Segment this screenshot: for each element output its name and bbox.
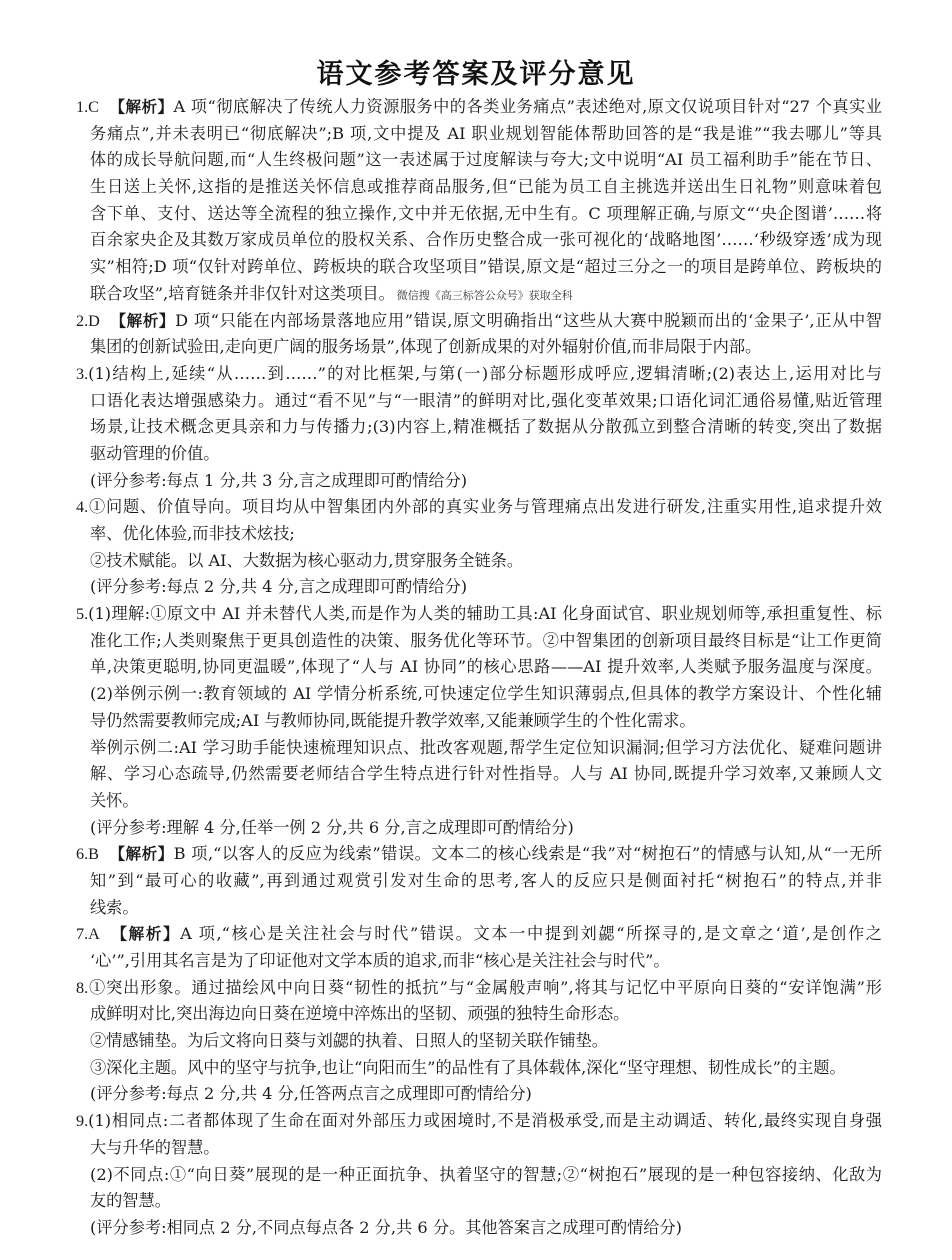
answer-line: 2.D【解析】D 项“只能在内部场景落地应用”错误,原文明确指出“这些从大赛中脱…	[76, 308, 882, 335]
answer-item-4: 4.①问题、价值导向。项目均从中智集团内外部的真实业务与管理痛点出发进行研发,注…	[76, 494, 882, 601]
scoring-note: (评分参考:理解 4 分,任举一例 2 分,共 6 分,言之成理即可酌情给分)	[76, 815, 882, 842]
answer-line: 3.(1)结构上,延续“从……到……”的对比框架,与第(一)部分标题形成呼应,逻…	[76, 361, 882, 388]
answer-text: ①问题、价值导向。项目均从中智集团内外部的真实业务与管理痛点出发进行研发,注重实…	[88, 497, 882, 516]
answer-item-9: 9.(1)相同点:二者都体现了生命在面对外部压力或困境时,不是消极承受,而是主动…	[76, 1108, 882, 1241]
analysis-tag: 【解析】	[110, 312, 175, 330]
answer-number: 5.	[76, 605, 88, 623]
answer-number: 2.D	[76, 312, 100, 330]
answer-line: 含下单、支付、送达等全流程的独立操作,文中并无依据,无中生有。C 项理解正确,与…	[76, 201, 882, 228]
answer-line: ②情感铺垫。为后文将向日葵与刘勰的执着、日照人的坚韧关联作铺垫。	[76, 1028, 882, 1055]
answer-item-8: 8.①突出形象。通过描绘风中向日葵“韧性的抵抗”与“金属般声响”,将其与记忆中平…	[76, 975, 882, 1108]
answer-line: 联合攻坚”,培育链条并非仅针对这类项目。微信搜《高三标答公众号》获取全科	[76, 281, 882, 308]
watermark-text: 微信搜《高三标答公众号》获取全科	[397, 289, 573, 302]
answer-number: 3.	[76, 365, 88, 383]
answer-line: 知”到“最可心的收藏”,再到通过观赏引发对生命的思考,客人的反应只是侧面衬托“树…	[76, 868, 882, 895]
answer-line: ②技术赋能。以 AI、大数据为核心驱动力,贯穿服务全链条。	[76, 548, 882, 575]
answer-line: 驱动管理的价值。	[76, 441, 882, 468]
answer-item-2: 2.D【解析】D 项“只能在内部场景落地应用”错误,原文明确指出“这些从大赛中脱…	[76, 308, 882, 361]
answer-text: ①突出形象。通过描绘风中向日葵“韧性的抵抗”与“金属般声响”,将其与记忆中平原向…	[88, 978, 882, 997]
answer-line: 集团的创新试验田,走向更广阔的服务场景”,体现了创新成果的对外辐射价值,而非局限…	[76, 334, 882, 361]
analysis-tag: 【解析】	[110, 925, 180, 943]
answer-line: 6.B【解析】B 项,“以客人的反应为线索”错误。文本二的核心线索是“我”对“树…	[76, 841, 882, 868]
answer-line: 单,决策更聪明,协同更温暖”,体现了“人与 AI 协同”的核心思路——AI 提升…	[76, 654, 882, 681]
answer-line: 实”相符;D 项“仅针对跨单位、跨板块的联合攻坚项目”错误,原文是“超过三分之一…	[76, 254, 882, 281]
answer-list: 1.C【解析】A 项“彻底解决了传统人力资源服务中的各类业务痛点”表述绝对,原文…	[76, 94, 882, 1242]
answer-line: 友的智慧。	[76, 1188, 882, 1215]
scoring-note: (评分参考:每点 1 分,共 3 分,言之成理即可酌情给分)	[76, 468, 882, 495]
answer-number: 1.C	[76, 98, 99, 116]
answer-item-1: 1.C【解析】A 项“彻底解决了传统人力资源服务中的各类业务痛点”表述绝对,原文…	[76, 94, 882, 308]
answer-text: A 项,“核心是关注社会与时代”错误。文本一中提到刘勰“所探寻的,是文章之‘道’…	[180, 924, 882, 943]
answer-item-6: 6.B【解析】B 项,“以客人的反应为线索”错误。文本二的核心线索是“我”对“树…	[76, 841, 882, 921]
answer-text: B 项,“以客人的反应为线索”错误。文本二的核心线索是“我”对“树抱石”的情感与…	[174, 844, 882, 863]
answer-line: (2)不同点:①“向日葵”展现的是一种正面抗争、执着坚守的智慧;②“树抱石”展现…	[76, 1162, 882, 1189]
answer-line: 5.(1)理解:①原文中 AI 并未替代人类,而是作为人类的辅助工具:AI 化身…	[76, 601, 882, 628]
analysis-tag: 【解析】	[109, 98, 173, 116]
answer-number: 8.	[76, 979, 88, 997]
answer-line: 7.A【解析】A 项,“核心是关注社会与时代”错误。文本一中提到刘勰“所探寻的,…	[76, 921, 882, 948]
answer-line: 9.(1)相同点:二者都体现了生命在面对外部压力或困境时,不是消极承受,而是主动…	[76, 1108, 882, 1135]
answer-item-7: 7.A【解析】A 项,“核心是关注社会与时代”错误。文本一中提到刘勰“所探寻的,…	[76, 921, 882, 974]
answer-line: ‘心’”,引用其名言是为了印证他对文学本质的追求,而非“核心是关注社会与时代”。	[76, 948, 882, 975]
answer-line: 线索。	[76, 895, 882, 922]
answer-text: A 项“彻底解决了传统人力资源服务中的各类业务痛点”表述绝对,原文仅说项目针对“…	[173, 97, 882, 116]
answer-line: 1.C【解析】A 项“彻底解决了传统人力资源服务中的各类业务痛点”表述绝对,原文…	[76, 94, 882, 121]
answer-text: 联合攻坚”,培育链条并非仅针对这类项目。	[90, 284, 395, 303]
answer-number: 4.	[76, 498, 88, 516]
answer-line: 体的成长导航问题,而“人生终极问题”这一表述属于过度解读与夸大;文中说明“AI …	[76, 147, 882, 174]
answer-line: 生日送上关怀,这指的是推送关怀信息或推荐商品服务,但“已能为员工自主挑选并送出生…	[76, 174, 882, 201]
answer-line: 务痛点”,并未表明已“彻底解决”;B 项,文中提及 AI 职业规划智能体帮助回答…	[76, 121, 882, 148]
answer-line: 举例示例二:AI 学习助手能快速梳理知识点、批改客观题,帮学生定位知识漏洞;但学…	[76, 735, 882, 762]
answer-line: 导仍然需要教师完成;AI 与教师协同,既能提升教学效率,又能兼顾学生的个性化需求…	[76, 708, 882, 735]
answer-number: 9.	[76, 1112, 88, 1130]
answer-text: D 项“只能在内部场景落地应用”错误,原文明确指出“这些从大赛中脱颖而出的‘金果…	[175, 311, 882, 330]
answer-line: 口语化表达增强感染力。通过“看不见”与“一眼清”的鲜明对比,强化变革效果;口语化…	[76, 388, 882, 415]
answer-line: 准化工作;人类则聚焦于更具创造性的决策、服务优化等环节。②中智集团的创新项目最终…	[76, 628, 882, 655]
answer-line: 解、学习心态疏导,仍然需要老师结合学生特点进行针对性指导。人与 AI 协同,既提…	[76, 761, 882, 788]
answer-line: ③深化主题。风中的坚守与抗争,也让“向阳而生”的品性有了具体载体,深化“坚守理想…	[76, 1055, 882, 1082]
page-title: 语文参考答案及评分意见	[0, 52, 952, 91]
answer-number: 6.B	[76, 845, 99, 863]
answer-text: (1)相同点:二者都体现了生命在面对外部压力或困境时,不是消极承受,而是主动调适…	[88, 1111, 882, 1130]
answer-line: 成鲜明对比,突出海边向日葵在逆境中淬炼出的坚韧、顽强的独特生命形态。	[76, 1001, 882, 1028]
answer-line: 8.①突出形象。通过描绘风中向日葵“韧性的抵抗”与“金属般声响”,将其与记忆中平…	[76, 975, 882, 1002]
analysis-tag: 【解析】	[109, 845, 174, 863]
answer-text: (1)结构上,延续“从……到……”的对比框架,与第(一)部分标题形成呼应,逻辑清…	[88, 364, 882, 383]
scoring-note: (评分参考:每点 2 分,共 4 分,言之成理即可酌情给分)	[76, 574, 882, 601]
answer-item-5: 5.(1)理解:①原文中 AI 并未替代人类,而是作为人类的辅助工具:AI 化身…	[76, 601, 882, 841]
answer-line: 率、优化体验,而非技术炫技;	[76, 521, 882, 548]
answer-text: (1)理解:①原文中 AI 并未替代人类,而是作为人类的辅助工具:AI 化身面试…	[88, 604, 882, 623]
answer-line: 4.①问题、价值导向。项目均从中智集团内外部的真实业务与管理痛点出发进行研发,注…	[76, 494, 882, 521]
answer-number: 7.A	[76, 925, 100, 943]
answer-line: (2)举例示例一:教育领域的 AI 学情分析系统,可快速定位学生知识薄弱点,但具…	[76, 681, 882, 708]
answer-line: 场景,让技术概念更具亲和力与传播力;(3)内容上,精准概括了数据从分散孤立到整合…	[76, 414, 882, 441]
scoring-note: (评分参考:相同点 2 分,不同点每点各 2 分,共 6 分。其他答案言之成理可…	[76, 1215, 882, 1242]
scoring-note: (评分参考:每点 2 分,共 4 分,任答两点言之成理即可酌情给分)	[76, 1081, 882, 1108]
answer-line: 关怀。	[76, 788, 882, 815]
answer-item-3: 3.(1)结构上,延续“从……到……”的对比框架,与第(一)部分标题形成呼应,逻…	[76, 361, 882, 494]
answer-line: 大与升华的智慧。	[76, 1135, 882, 1162]
answer-line: 百余家央企及其数万家成员单位的股权关系、合作历史整合成一张可视化的‘战略地图’……	[76, 227, 882, 254]
